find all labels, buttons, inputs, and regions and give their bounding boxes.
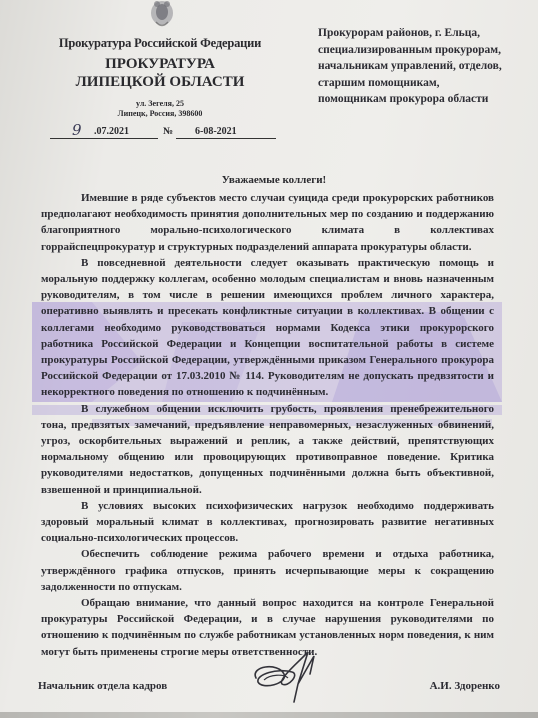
address-line1: ул. Зегеля, 25 (40, 99, 280, 109)
addressee-block: Прокурорам районов, г. Ельца, специализи… (318, 25, 533, 108)
coat-of-arms-icon (148, 0, 176, 30)
signature-icon (248, 644, 328, 704)
addressee-line: специализированным прокурорам, (318, 42, 533, 59)
letterhead: Прокуратура Российской Федерации ПРОКУРА… (40, 36, 280, 119)
date-number-line: 9 .07.2021 № 6-08-2021 (50, 124, 278, 140)
address-line2: Липецк, Россия, 398600 (40, 109, 280, 119)
org-name-line2: ЛИПЕЦКОЙ ОБЛАСТИ (40, 73, 280, 91)
org-name-line1: ПРОКУРАТУРА (40, 55, 280, 73)
paragraph: Имевшие в ряде субъектов место случаи су… (41, 190, 494, 255)
number-underline (176, 138, 276, 139)
photo-edge (0, 712, 538, 718)
letter-body: Имевшие в ряде субъектов место случаи су… (41, 190, 494, 660)
signatory-name: А.И. Здоренко (430, 680, 500, 692)
paragraph: В служебном общении исключить грубость, … (41, 401, 494, 498)
org-parent: Прокуратура Российской Федерации (40, 36, 280, 51)
addressee-line: Прокурорам районов, г. Ельца, (318, 25, 533, 42)
date: .07.2021 (94, 126, 129, 137)
paragraph: Обеспечить соблюдение режима рабочего вр… (41, 546, 494, 595)
addressee-line: старшим помощникам, (318, 75, 533, 92)
date-handwritten: 9 (72, 121, 82, 139)
signatory-title: Начальник отдела кадров (38, 680, 167, 692)
addressee-line: помощникам прокурора области (318, 91, 533, 108)
addressee-line: начальникам управлений, отделов, (318, 58, 533, 75)
document-number: 6-08-2021 (195, 126, 237, 137)
date-underline (50, 138, 158, 139)
paragraph: В повседневной деятельности следует оказ… (41, 255, 494, 401)
paragraph: В условиях высоких психофизических нагру… (41, 498, 494, 547)
document-page: Прокуратура Российской Федерации ПРОКУРА… (0, 0, 538, 718)
number-sign: № (163, 126, 173, 137)
org-name: ПРОКУРАТУРА ЛИПЕЦКОЙ ОБЛАСТИ (40, 55, 280, 91)
greeting: Уважаемые коллеги! (0, 174, 538, 186)
org-address: ул. Зегеля, 25 Липецк, Россия, 398600 (40, 99, 280, 119)
